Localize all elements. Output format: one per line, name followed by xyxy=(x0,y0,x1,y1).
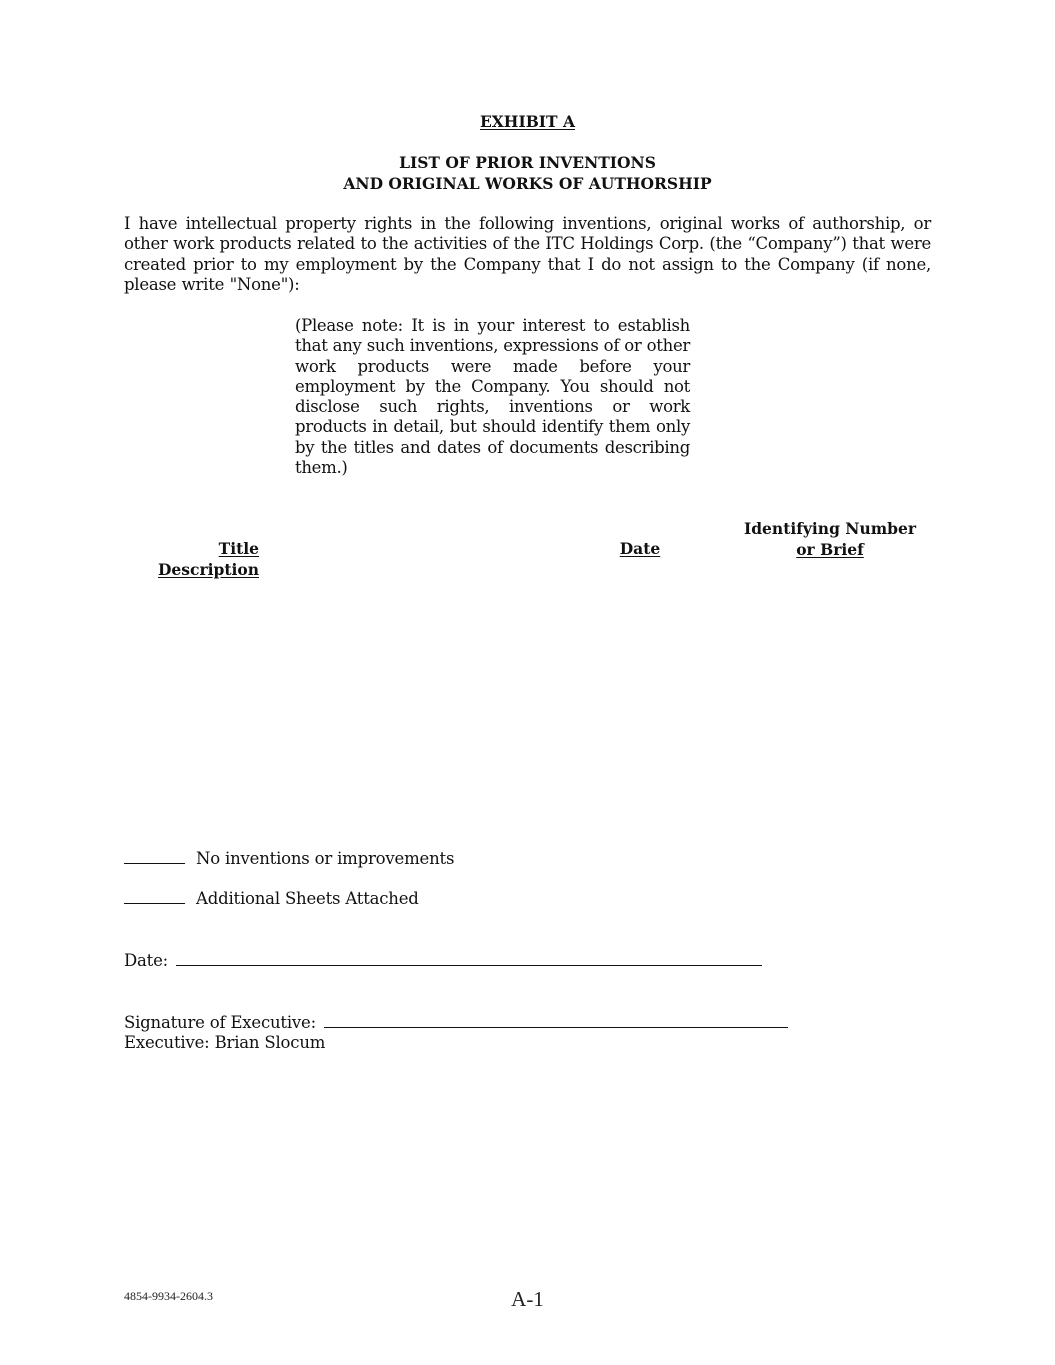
signature-label: Signature of Executive: xyxy=(124,1013,316,1032)
date-blank-line[interactable] xyxy=(176,951,762,966)
title-header-line2: Description xyxy=(158,560,259,579)
id-header-line1: Identifying Number xyxy=(730,519,930,540)
no-inventions-option: No inventions or improvements xyxy=(124,849,454,869)
date-header: Date xyxy=(620,539,661,558)
signature-field-row: Signature of Executive: xyxy=(124,1013,788,1033)
id-header-line2: or Brief xyxy=(796,540,864,559)
additional-sheets-label: Additional Sheets Attached xyxy=(196,889,419,908)
list-title-line2: AND ORIGINAL WORKS OF AUTHORSHIP xyxy=(0,174,1055,195)
intro-paragraph: I have intellectual property rights in t… xyxy=(124,214,931,295)
column-header-date: Date xyxy=(605,539,675,560)
note-paragraph: (Please note: It is in your interest to … xyxy=(295,316,690,478)
exhibit-title: EXHIBIT A xyxy=(480,112,575,131)
date-field-row: Date: xyxy=(124,951,762,971)
document-page: EXHIBIT A LIST OF PRIOR INVENTIONS AND O… xyxy=(0,0,1055,1365)
signature-blank-line[interactable] xyxy=(324,1013,788,1028)
page-number: A-1 xyxy=(0,1287,1055,1312)
no-inventions-label: No inventions or improvements xyxy=(196,849,454,868)
exhibit-heading: EXHIBIT A xyxy=(0,112,1055,131)
date-label: Date: xyxy=(124,951,168,970)
executive-name: Executive: Brian Slocum xyxy=(124,1033,325,1053)
list-title-line1: LIST OF PRIOR INVENTIONS xyxy=(0,153,1055,174)
column-header-identifying-number: Identifying Number or Brief xyxy=(730,519,930,560)
additional-sheets-option: Additional Sheets Attached xyxy=(124,889,419,909)
no-inventions-blank[interactable] xyxy=(124,849,185,864)
title-header-line1: Title xyxy=(219,539,259,558)
list-heading: LIST OF PRIOR INVENTIONS AND ORIGINAL WO… xyxy=(0,153,1055,194)
additional-sheets-blank[interactable] xyxy=(124,889,185,904)
column-header-title: Title Description xyxy=(150,539,259,580)
